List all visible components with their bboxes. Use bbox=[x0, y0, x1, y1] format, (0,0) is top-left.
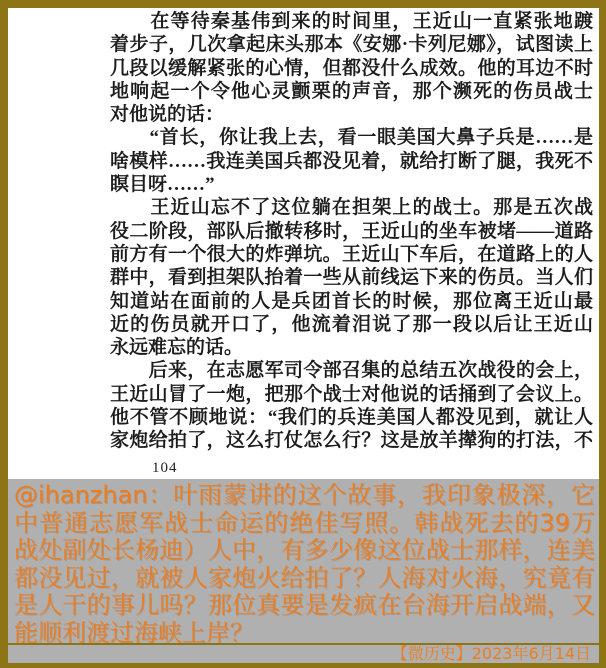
page-number: 104 bbox=[152, 460, 178, 477]
comment-line: 能顺利渡过海峡上岸？ bbox=[14, 620, 595, 644]
book-text-line: 家炮给拍了，这么打仗怎么行？这是放羊撵狗的打法，不 bbox=[110, 429, 593, 452]
book-text-line: 几段以缓解紧张的心情，但都没什么成效。他的耳边不时 bbox=[110, 57, 593, 80]
book-text-line: 近的伤员就开口了，他流着泪说了那一段以后让王近山 bbox=[110, 313, 593, 336]
book-text: 在等待秦基伟到来的时间里，王近山一直紧张地踱着步子，几次拿起床头那本《安娜·卡列… bbox=[8, 8, 599, 453]
comment-line: 中普通志愿军战士命运的绝佳写照。韩战死去的39万（per志司作 bbox=[14, 510, 595, 538]
comment-section: @ihanzhan：叶雨蒙讲的这个故事，我印象极深，它似乎是韩战中普通志愿军战士… bbox=[8, 479, 599, 643]
book-text-line: “首长，你让我上去，看一眼美国大鼻子兵是……是 bbox=[110, 126, 593, 149]
book-text-line: 永远难忘的话。 bbox=[110, 336, 593, 359]
book-text-line: 王近山忘不了这位躺在担架上的战士。那是五次战 bbox=[110, 196, 593, 219]
book-text-line: 着步子，几次拿起床头那本《安娜·卡列尼娜》，试图读上 bbox=[110, 33, 593, 56]
book-text-line: 后来，在志愿军司令部召集的总结五次战役的会上， bbox=[110, 359, 593, 382]
book-text-line: 对他说的话： bbox=[110, 103, 593, 126]
book-text-line: 瞑目呀……” bbox=[110, 173, 593, 196]
book-text-line: 知道站在面前的人是兵团首长的时候，那位离王近山最 bbox=[110, 290, 593, 313]
book-text-line: 前方有一个很大的炸弹坑。王近山下车后，在道路上的人 bbox=[110, 243, 593, 266]
comment-line: 都没见过，就被人家炮火给拍了？人海对火海，究竟有什么意义， bbox=[14, 565, 595, 593]
book-text-line: 在等待秦基伟到来的时间里，王近山一直紧张地踱 bbox=[110, 10, 593, 33]
book-text-line: 群中，看到担架队抬着一些从前线运下来的伤员。当人们 bbox=[110, 266, 593, 289]
post-frame: 在等待秦基伟到来的时间里，王近山一直紧张地踱着步子，几次拿起床头那本《安娜·卡列… bbox=[0, 0, 606, 668]
comment-line: 战处副处长杨迪）人中，有多少像这位战士那样，连美军长什么样 bbox=[14, 537, 595, 565]
book-text-line: 王近山冒了一炮，把那个战士对他说的话捅到了会议上。 bbox=[110, 383, 593, 406]
watermark-date: 【微历史】2023年6月14日 bbox=[8, 645, 599, 663]
book-text-line: 啥模样……我连美国兵都没见着，就给打断了腿，我死不 bbox=[110, 150, 593, 173]
book-text-line: 他不管不顾地说：“我们的兵连美国人都没见到，就让人 bbox=[110, 406, 593, 429]
comment-line: 是人干的事儿吗？那位真要是发疯在台海开启战端，又有多少士兵 bbox=[14, 592, 595, 620]
book-text-line: 地响起一个令他心灵颤栗的声音，那个濒死的伤员战士 bbox=[110, 80, 593, 103]
book-text-line: 役二阶段，部队后撤转移时，王近山的坐车被堵——道路 bbox=[110, 220, 593, 243]
book-page-scan: 在等待秦基伟到来的时间里，王近山一直紧张地踱着步子，几次拿起床头那本《安娜·卡列… bbox=[8, 8, 599, 479]
comment-line: @ihanzhan：叶雨蒙讲的这个故事，我印象极深，它似乎是韩战 bbox=[14, 482, 595, 510]
